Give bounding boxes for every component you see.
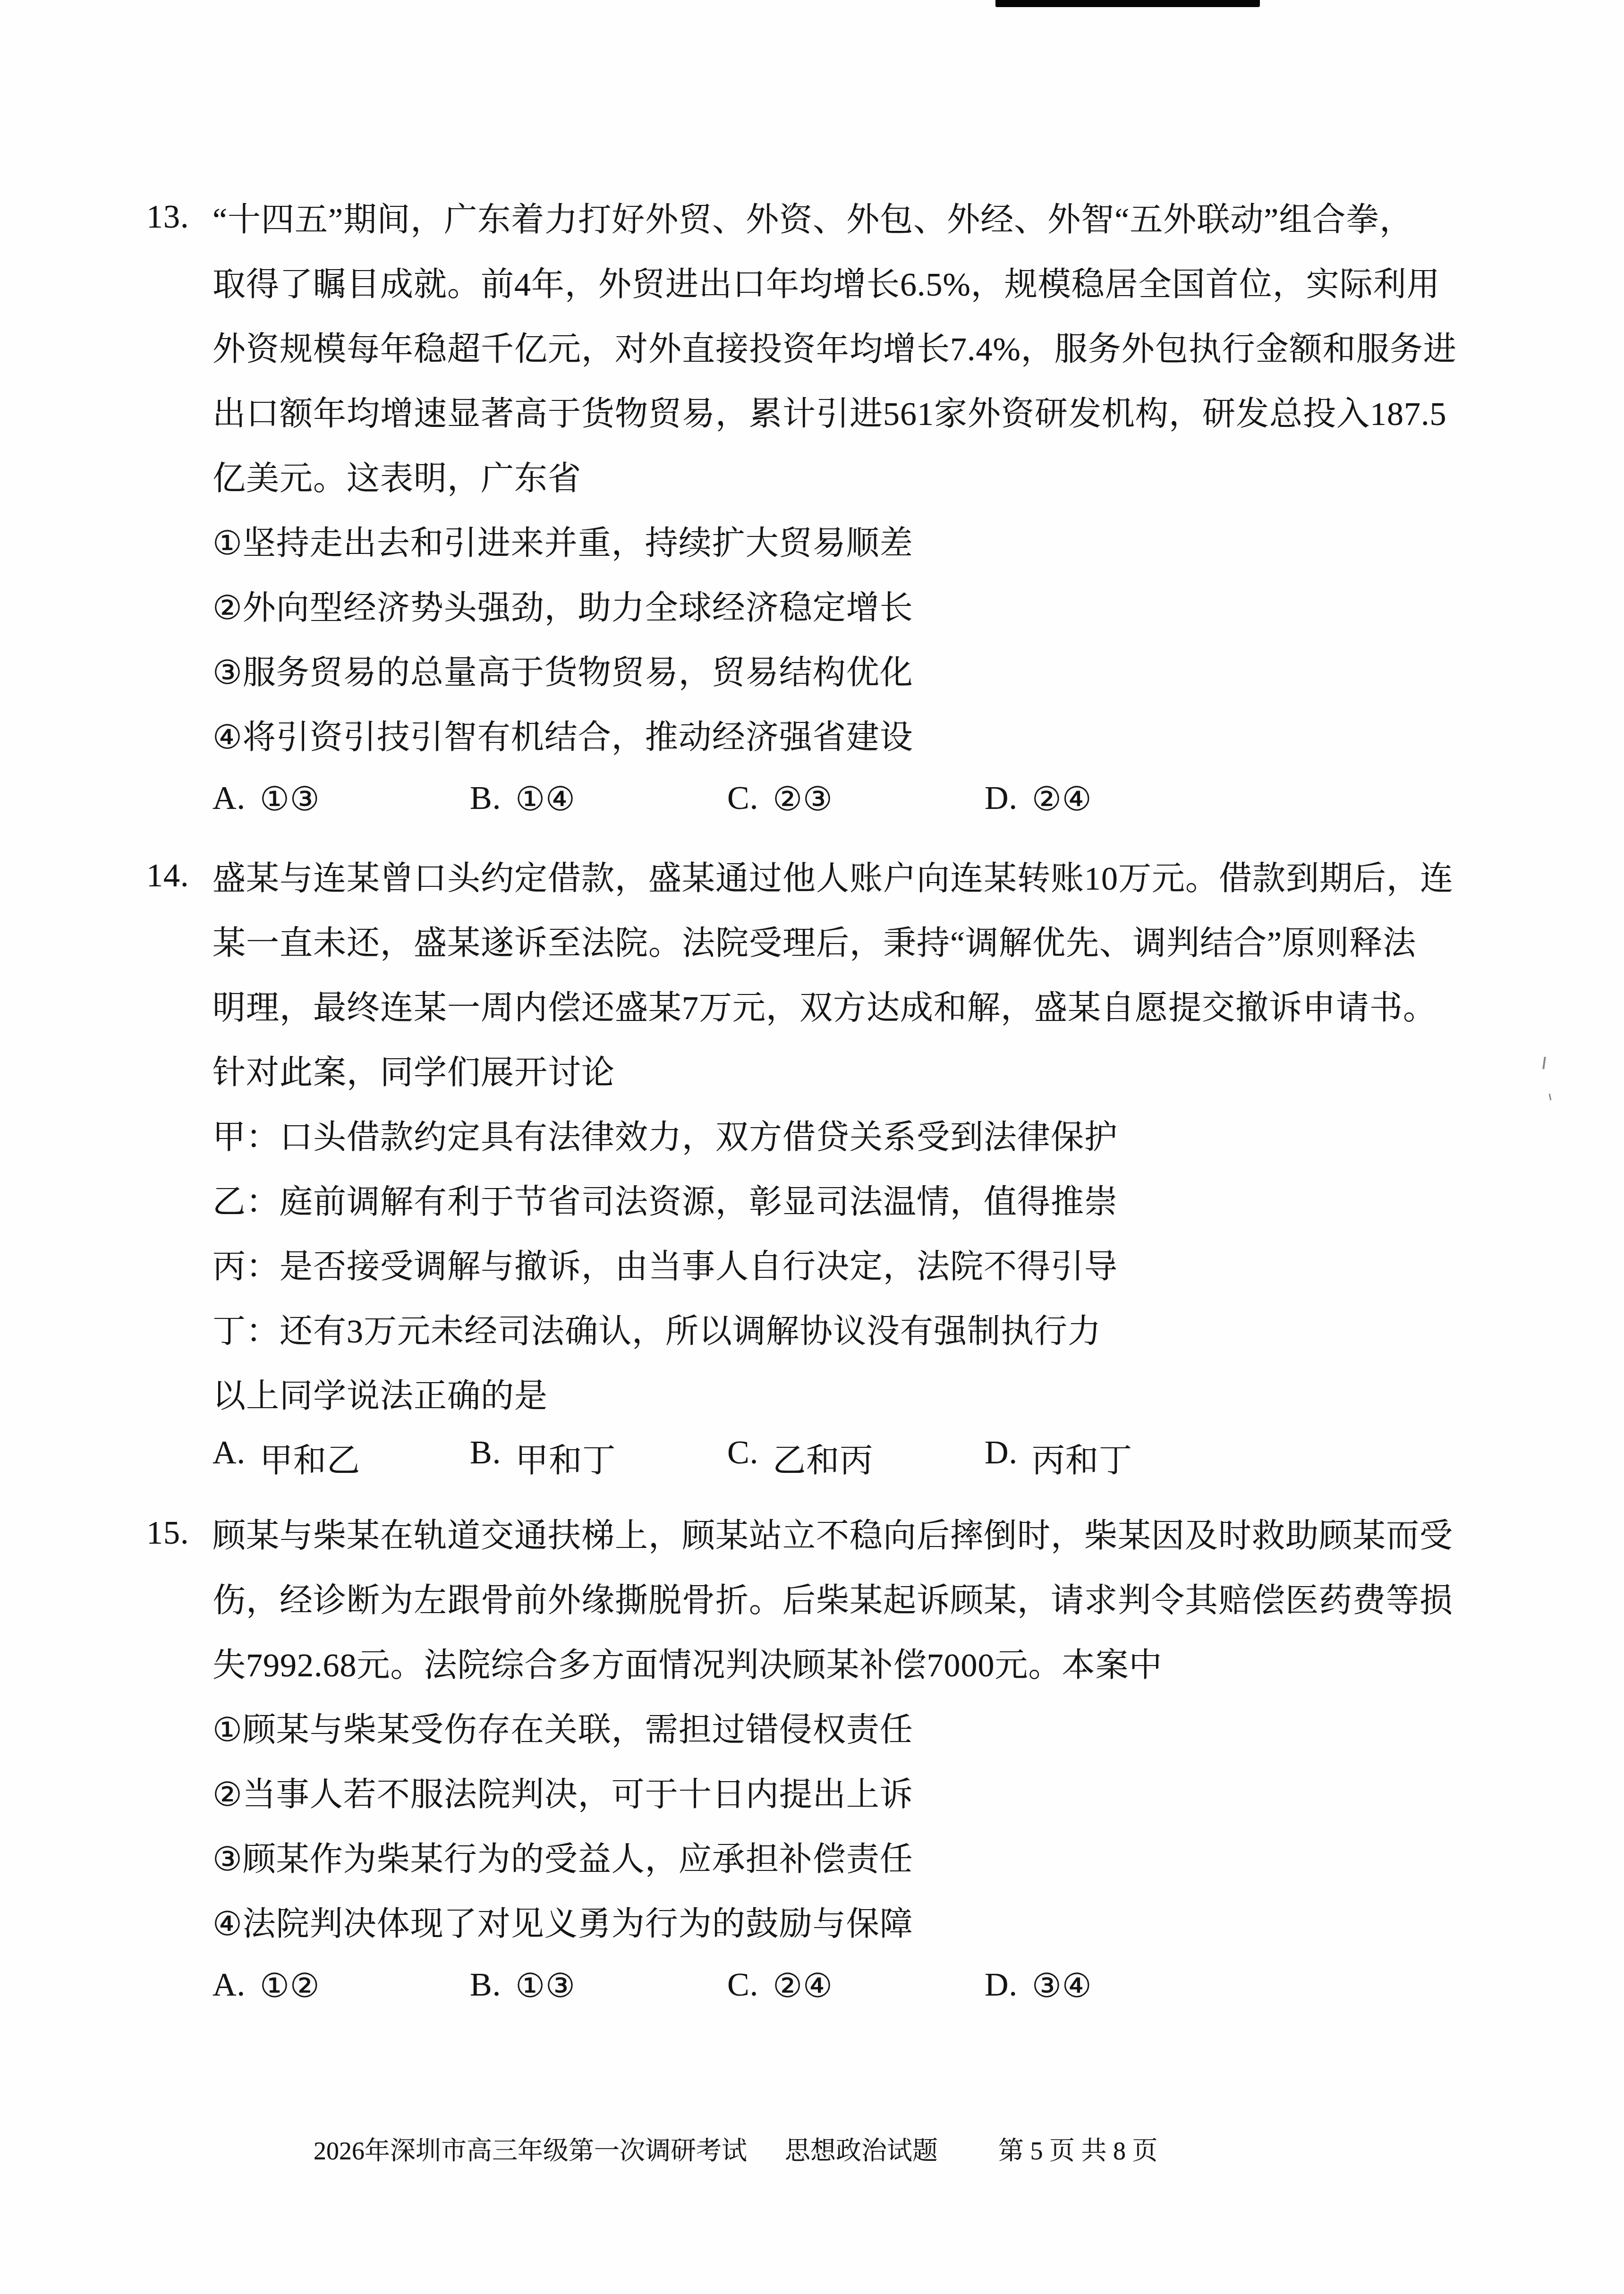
option-label: B.: [470, 1434, 501, 1482]
footer-page-info: 第 5 页 共 8 页: [998, 2131, 1158, 2167]
options-row: A.①③ B.①④ C.②③ D.②④: [0, 767, 1624, 832]
option-label: C.: [727, 780, 758, 819]
question-number: 15.: [146, 1514, 213, 1552]
statement-item-2: ②外向型经济势头强劲，助力全球经济稳定增长: [0, 573, 1624, 637]
question-text: “十四五”期间，广东着力打好外贸、外资、外包、外经、外智“五外联动”组合拳，: [213, 193, 1413, 241]
option-value: ①③: [515, 1966, 576, 2005]
statement-item-4: ④法院判决体现了对见义勇为行为的鼓励与保障: [0, 1889, 1624, 1954]
page-footer: 2026年深圳市高三年级第一次调研考试 思想政治试题 第 5 页 共 8 页: [314, 2131, 1158, 2167]
question-line: 外资规模每年稳超千亿元，对外直接投资年均增长7.4%，服务外包执行金额和服务进: [0, 314, 1624, 379]
option-value: 甲和丁: [515, 1434, 616, 1482]
speaker-line-ding: 丁：还有3万元未经司法确认，所以调解协议没有强制执行力: [0, 1296, 1624, 1361]
footer-subject: 思想政治试题: [785, 2131, 938, 2167]
question-text: 顾某与柴某在轨道交通扶梯上，顾某站立不稳向后摔倒时，柴某因及时救助顾某而受: [213, 1509, 1453, 1557]
question-line: 以上同学说法正确的是: [0, 1361, 1624, 1426]
option-label: A.: [213, 780, 246, 819]
question-line: 亿美元。这表明，广东省: [0, 443, 1624, 508]
question-line: 13. “十四五”期间，广东着力打好外贸、外资、外包、外经、外智“五外联动”组合…: [0, 185, 1624, 249]
option-value: ①④: [515, 780, 576, 819]
option-a: A.①②: [213, 1966, 470, 2005]
option-label: D.: [985, 780, 1018, 819]
option-label: B.: [470, 780, 501, 819]
option-d: D.②④: [985, 780, 1092, 819]
option-d: D.丙和丁: [985, 1434, 1132, 1482]
option-value: ③④: [1032, 1966, 1092, 2005]
option-value: 丙和丁: [1032, 1434, 1132, 1482]
option-value: ②④: [1032, 780, 1092, 819]
question-number: 14.: [146, 857, 213, 895]
question-line: 伤，经诊断为左跟骨前外缘撕脱骨折。后柴某起诉顾某，请求判令其赔偿医药费等损: [0, 1565, 1624, 1630]
footer-exam-title: 2026年深圳市高三年级第一次调研考试: [314, 2131, 747, 2167]
option-b: B.①④: [470, 780, 727, 819]
option-label: D.: [985, 1966, 1018, 2005]
option-value: ①③: [260, 780, 320, 819]
speaker-line-yi: 乙：庭前调解有利于节省司法资源，彰显司法温情，值得推崇: [0, 1167, 1624, 1232]
option-value: ②③: [773, 780, 833, 819]
option-a: A.①③: [213, 780, 470, 819]
option-a: A.甲和乙: [213, 1434, 470, 1482]
statement-item-4: ④将引资引技引智有机结合，推动经济强省建设: [0, 702, 1624, 767]
option-label: D.: [985, 1434, 1018, 1482]
option-c: C.乙和丙: [727, 1434, 985, 1482]
speaker-line-bing: 丙：是否接受调解与撤诉，由当事人自行决定，法院不得引导: [0, 1232, 1624, 1296]
question-15: 15. 顾某与柴某在轨道交通扶梯上，顾某站立不稳向后摔倒时，柴某因及时救助顾某而…: [0, 1501, 1624, 2018]
exam-paper-page: 13. “十四五”期间，广东着力打好外贸、外资、外包、外经、外智“五外联动”组合…: [0, 0, 1624, 2294]
option-b: B.①③: [470, 1966, 727, 2005]
option-d: D.③④: [985, 1966, 1092, 2005]
statement-item-1: ①顾某与柴某受伤存在关联，需担过错侵权责任: [0, 1695, 1624, 1759]
question-line: 15. 顾某与柴某在轨道交通扶梯上，顾某站立不稳向后摔倒时，柴某因及时救助顾某而…: [0, 1501, 1624, 1565]
option-label: C.: [727, 1434, 758, 1482]
option-value: ①②: [260, 1966, 320, 2005]
question-line: 失7992.68元。法院综合多方面情况判决顾某补偿7000元。本案中: [0, 1630, 1624, 1695]
option-value: 甲和乙: [260, 1434, 360, 1482]
question-line: 14. 盛某与连某曾口头约定借款，盛某通过他人账户向连某转账10万元。借款到期后…: [0, 843, 1624, 908]
question-line: 出口额年均增速显著高于货物贸易，累计引进561家外资研发机构，研发总投入187.…: [0, 379, 1624, 443]
statement-item-2: ②当事人若不服法院判决，可于十日内提出上诉: [0, 1759, 1624, 1824]
statement-item-3: ③顾某作为柴某行为的受益人，应承担补偿责任: [0, 1824, 1624, 1889]
option-value: ②④: [773, 1966, 833, 2005]
option-label: A.: [213, 1434, 246, 1482]
question-number: 13.: [146, 198, 213, 236]
statement-item-3: ③服务贸易的总量高于货物贸易，贸易结构优化: [0, 637, 1624, 702]
question-line: 针对此案，同学们展开讨论: [0, 1037, 1624, 1102]
option-label: C.: [727, 1966, 758, 2005]
options-row: A.甲和乙 B.甲和丁 C.乙和丙 D.丙和丁: [0, 1426, 1624, 1490]
question-line: 明理，最终连某一周内偿还盛某7万元，双方达成和解，盛某自愿提交撤诉申请书。: [0, 973, 1624, 1037]
speaker-line-jia: 甲：口头借款约定具有法律效力，双方借贷关系受到法律保护: [0, 1102, 1624, 1167]
question-14: 14. 盛某与连某曾口头约定借款，盛某通过他人账户向连某转账10万元。借款到期后…: [0, 843, 1624, 1490]
option-label: B.: [470, 1966, 501, 2005]
option-c: C.②③: [727, 780, 985, 819]
question-line: 某一直未还，盛某遂诉至法院。法院受理后，秉持“调解优先、调判结合”原则释法: [0, 908, 1624, 973]
options-row: A.①② B.①③ C.②④ D.③④: [0, 1954, 1624, 2018]
option-c: C.②④: [727, 1966, 985, 2005]
option-label: A.: [213, 1966, 246, 2005]
option-value: 乙和丙: [773, 1434, 873, 1482]
option-b: B.甲和丁: [470, 1434, 727, 1482]
scan-artifact-bar: [995, 0, 1260, 7]
statement-item-1: ①坚持走出去和引进来并重，持续扩大贸易顺差: [0, 508, 1624, 573]
question-13: 13. “十四五”期间，广东着力打好外贸、外资、外包、外经、外智“五外联动”组合…: [0, 185, 1624, 832]
question-line: 取得了瞩目成就。前4年，外贸进出口年均增长6.5%，规模稳居全国首位，实际利用: [0, 249, 1624, 314]
question-text: 盛某与连某曾口头约定借款，盛某通过他人账户向连某转账10万元。借款到期后，连: [213, 852, 1454, 900]
